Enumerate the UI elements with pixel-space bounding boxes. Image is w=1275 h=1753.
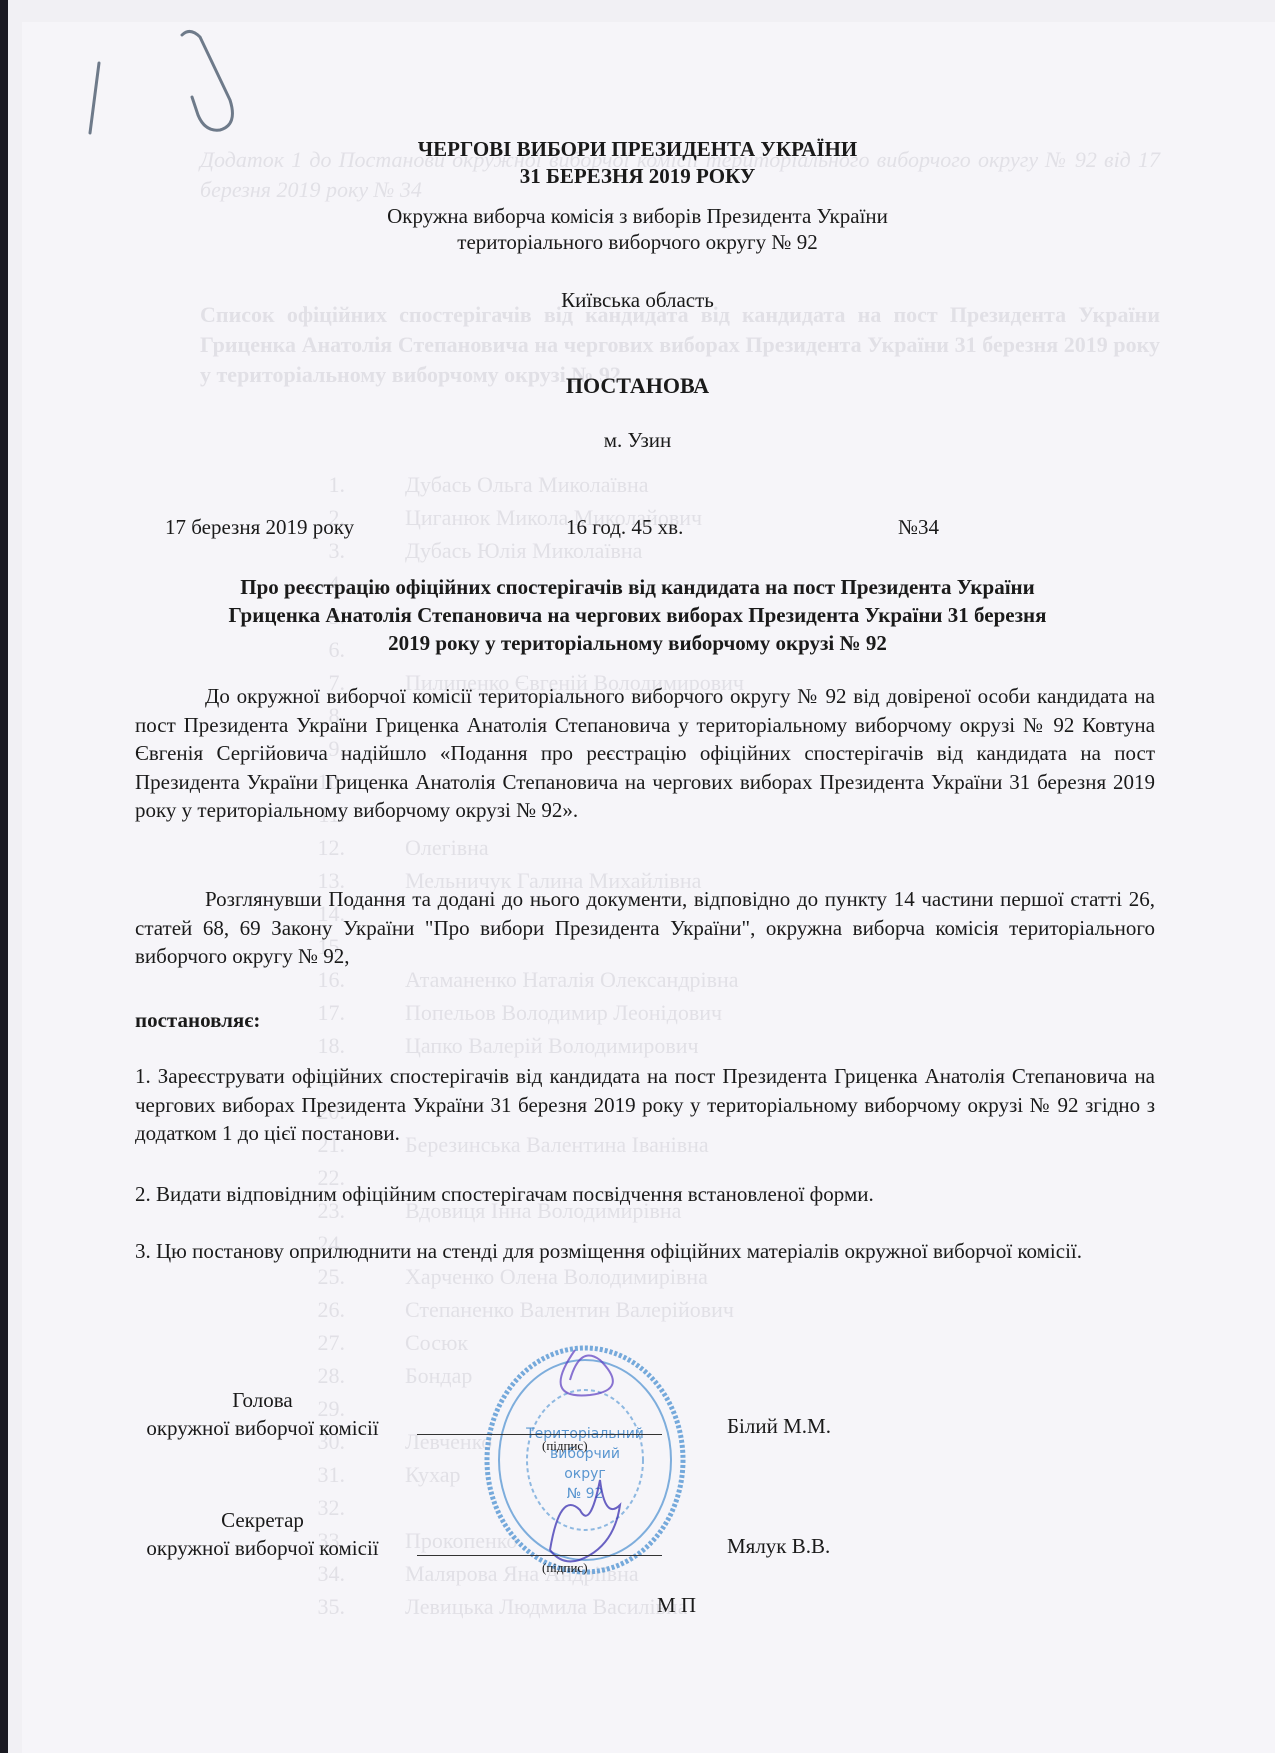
secretary-title: Секретар окружної виборчої комісії — [130, 1506, 395, 1562]
chair-title: Голова окружної виборчої комісії — [130, 1386, 395, 1442]
commission-line-2: територіального виборчого округу № 92 — [0, 229, 1275, 255]
chair-signature-line — [417, 1434, 662, 1435]
chair-signature-caption: (підпис) — [542, 1438, 588, 1454]
official-stamp-icon: Територіальний виборчий округ № 92 — [480, 1340, 690, 1580]
secretary-title-line-2: окружної виборчої комісії — [130, 1534, 395, 1562]
secretary-signature-line — [417, 1555, 662, 1556]
document-date: 17 березня 2019 року — [165, 515, 354, 540]
svg-text:округ: округ — [564, 1466, 606, 1482]
commission-line-1: Окружна виборча комісія з виборів Презид… — [0, 203, 1275, 229]
chair-title-line-1: Голова — [130, 1386, 395, 1414]
resolution-title: Про реєстрацію офіційних спостерігачів в… — [0, 573, 1275, 657]
document-type: ПОСТАНОВА — [0, 372, 1275, 399]
election-date: 31 БЕРЕЗНЯ 2019 РОКУ — [0, 163, 1275, 190]
title-line-1: Про реєстрацію офіційних спостерігачів в… — [0, 573, 1275, 601]
resolution-item-2: 2. Видати відповідним офіційним спостері… — [135, 1180, 1155, 1209]
paragraph-submission: До окружної виборчої комісії територіаль… — [135, 682, 1155, 825]
title-line-2: Гриценка Анатолія Степановича на чергови… — [0, 601, 1275, 629]
resolution-item-3: 3. Цю постанову оприлюднити на стенді дл… — [135, 1237, 1155, 1266]
document-number: №34 — [898, 515, 939, 540]
region: Київська область — [0, 288, 1275, 313]
place: м. Узин — [0, 428, 1275, 453]
commission-name: Окружна виборча комісія з виборів Презид… — [0, 203, 1275, 255]
election-title: ЧЕРГОВІ ВИБОРИ ПРЕЗИДЕНТА УКРАЇНИ — [0, 136, 1275, 163]
secretary-title-line-1: Секретар — [130, 1506, 395, 1534]
resolves-label: постановляє: — [135, 1008, 260, 1033]
title-line-3: 2019 року у територіальному виборчому ок… — [0, 629, 1275, 657]
seal-mark: М П — [657, 1593, 696, 1618]
resolution-item-1: 1. Зареєструвати офіційних спостерігачів… — [135, 1062, 1155, 1148]
chair-title-line-2: окружної виборчої комісії — [130, 1414, 395, 1442]
document-time: 16 год. 45 хв. — [566, 515, 683, 540]
paragraph-basis: Розглянувши Подання та додані до нього д… — [135, 885, 1155, 971]
secretary-name: Мялук В.В. — [727, 1534, 830, 1559]
secretary-signature-caption: (підпис) — [542, 1560, 588, 1576]
chair-name: Білий М.М. — [727, 1414, 831, 1439]
